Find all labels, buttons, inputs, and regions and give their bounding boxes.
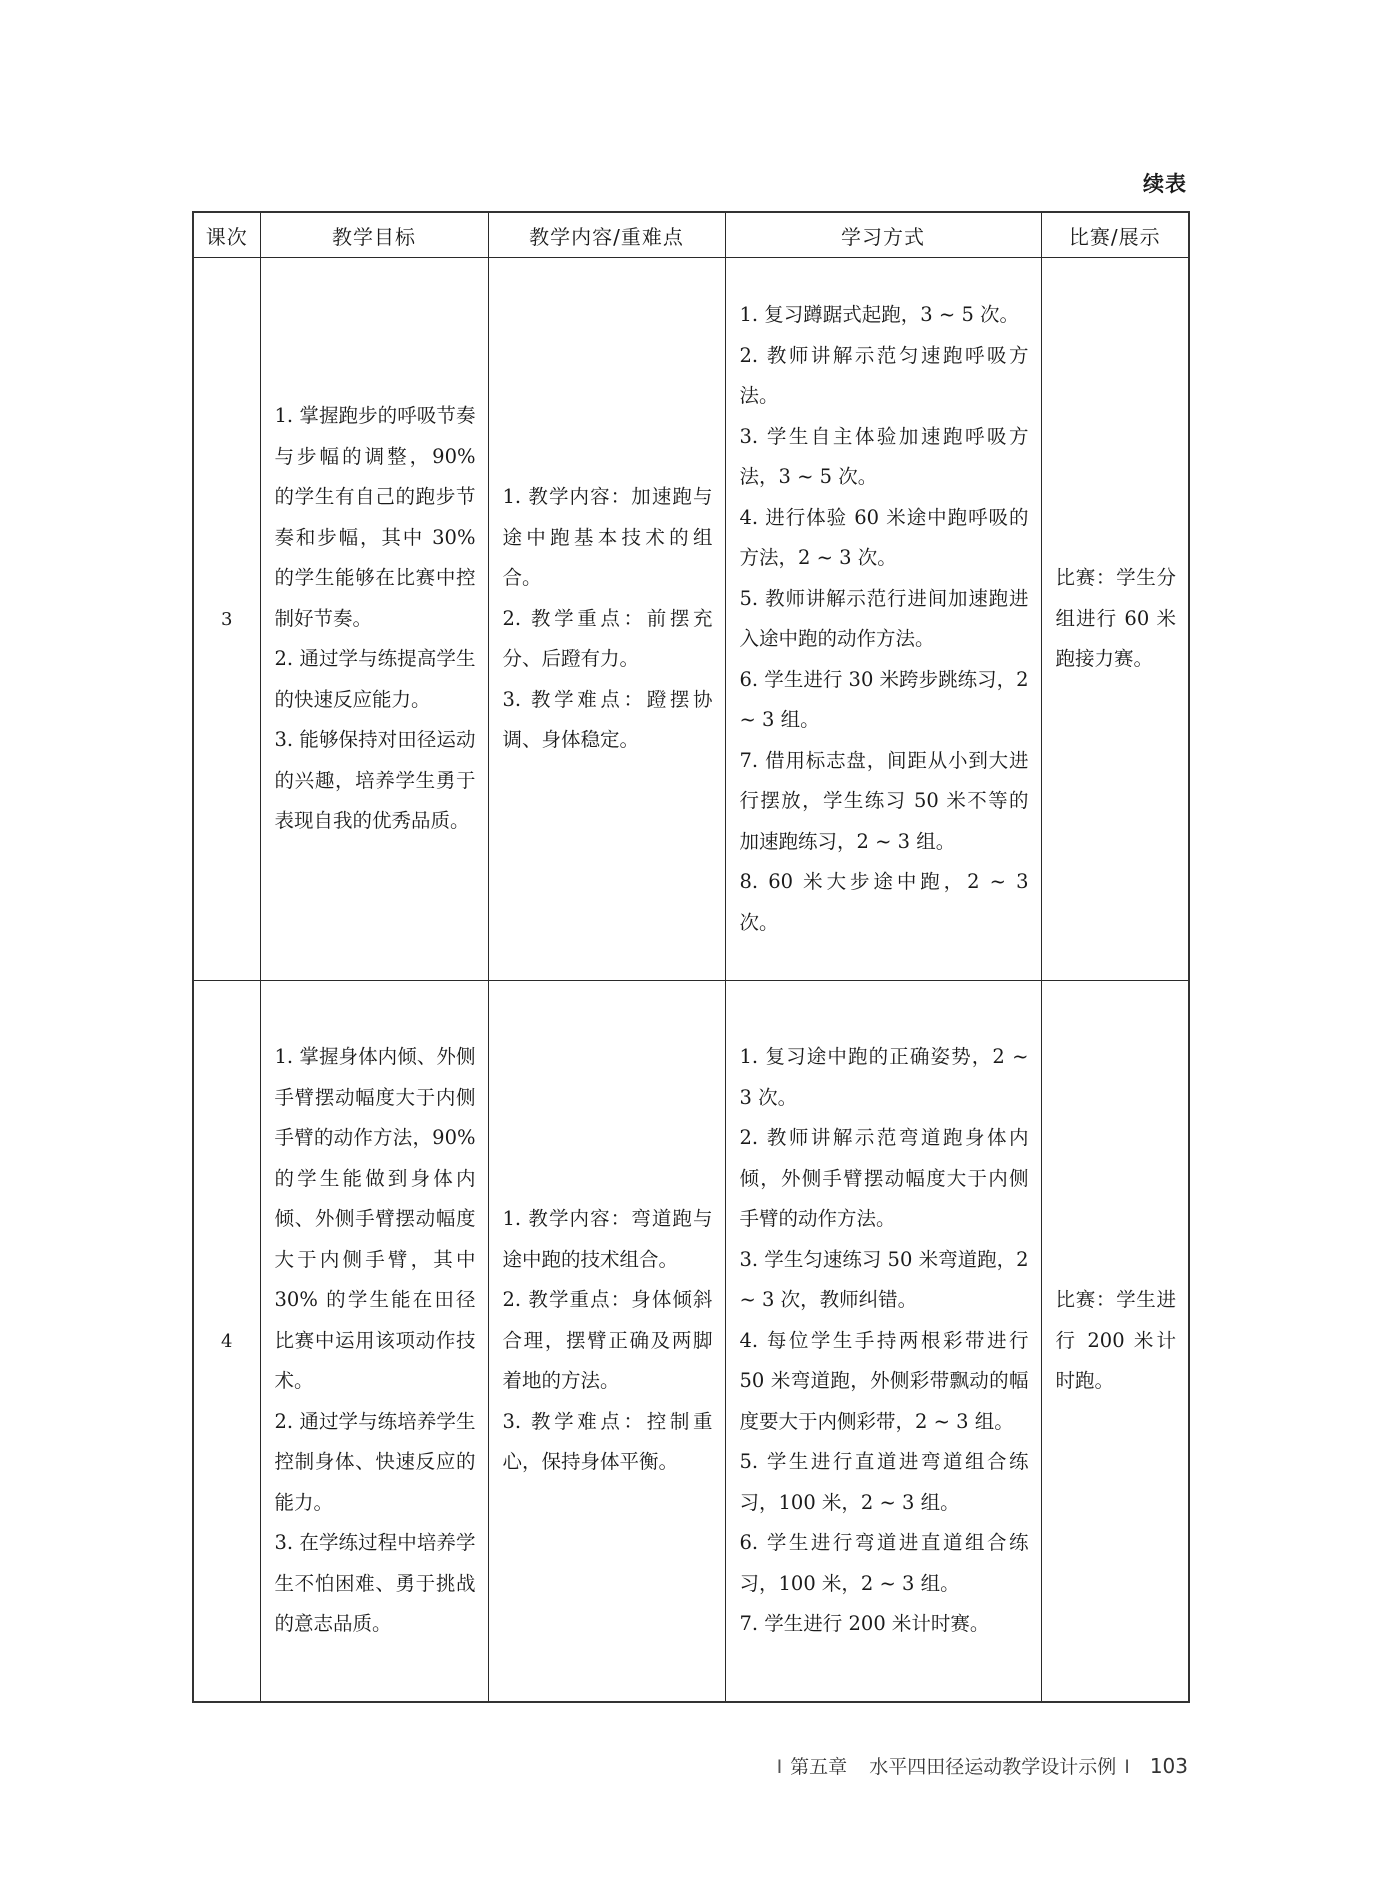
content-item: 3. 教学难点：控制重心，保持身体平衡。 bbox=[503, 1402, 713, 1483]
header-competition: 比赛/展示 bbox=[1041, 212, 1189, 258]
lesson-number: 3 bbox=[193, 258, 260, 981]
methods-cell: 1. 复习途中跑的正确姿势，2 ~ 3 次。 2. 教师讲解示范弯道跑身体内倾，… bbox=[725, 981, 1041, 1703]
method-item: 8. 60 米大步途中跑，2 ~ 3 次。 bbox=[740, 862, 1029, 943]
content-item: 2. 教学重点：身体倾斜合理，摆臂正确及两脚着地的方法。 bbox=[503, 1280, 713, 1402]
competition-cell: 比赛：学生进行 200 米计时跑。 bbox=[1041, 981, 1189, 1703]
objectives-cell: 1. 掌握身体内倾、外侧手臂摆动幅度大于内侧手臂的动作方法，90% 的学生能做到… bbox=[260, 981, 488, 1703]
footer-separator: I bbox=[777, 1756, 783, 1778]
method-item: 4. 进行体验 60 米途中跑呼吸的方法，2 ~ 3 次。 bbox=[740, 498, 1029, 579]
objective-item: 1. 掌握身体内倾、外侧手臂摆动幅度大于内侧手臂的动作方法，90% 的学生能做到… bbox=[275, 1037, 476, 1402]
method-item: 1. 复习蹲踞式起跑，3 ~ 5 次。 bbox=[740, 295, 1029, 336]
page-footer: I第五章水平四田径运动教学设计示例I103 bbox=[720, 1752, 1188, 1779]
lesson-number: 4 bbox=[193, 981, 260, 1703]
header-methods: 学习方式 bbox=[725, 212, 1041, 258]
page-number: 103 bbox=[1150, 1754, 1188, 1778]
content-item: 1. 教学内容：加速跑与途中跑基本技术的组合。 bbox=[503, 477, 713, 599]
objective-item: 3. 在学练过程中培养学生不怕困难、勇于挑战的意志品质。 bbox=[275, 1523, 476, 1645]
content-item: 1. 教学内容：弯道跑与途中跑的技术组合。 bbox=[503, 1199, 713, 1280]
method-item: 4. 每位学生手持两根彩带进行 50 米弯道跑，外侧彩带飘动的幅度要大于内侧彩带… bbox=[740, 1321, 1029, 1443]
continued-table-label: 续表 bbox=[1143, 168, 1187, 198]
objective-item: 3. 能够保持对田径运动的兴趣，培养学生勇于表现自我的优秀品质。 bbox=[275, 720, 476, 842]
methods-cell: 1. 复习蹲踞式起跑，3 ~ 5 次。 2. 教师讲解示范匀速跑呼吸方法。 3.… bbox=[725, 258, 1041, 981]
footer-chapter: 第五章 bbox=[790, 1756, 847, 1778]
competition-cell: 比赛：学生分组进行 60 米跑接力赛。 bbox=[1041, 258, 1189, 981]
content-item: 2. 教学重点：前摆充分、后蹬有力。 bbox=[503, 599, 713, 680]
header-content: 教学内容/重难点 bbox=[488, 212, 725, 258]
table-row: 4 1. 掌握身体内倾、外侧手臂摆动幅度大于内侧手臂的动作方法，90% 的学生能… bbox=[193, 981, 1189, 1703]
content-item: 3. 教学难点：蹬摆协调、身体稳定。 bbox=[503, 680, 713, 761]
objective-item: 2. 通过学与练提高学生的快速反应能力。 bbox=[275, 639, 476, 720]
objectives-cell: 1. 掌握跑步的呼吸节奏与步幅的调整，90% 的学生有自己的跑步节奏和步幅，其中… bbox=[260, 258, 488, 981]
content-cell: 1. 教学内容：加速跑与途中跑基本技术的组合。 2. 教学重点：前摆充分、后蹬有… bbox=[488, 258, 725, 981]
objective-item: 2. 通过学与练培养学生控制身体、快速反应的能力。 bbox=[275, 1402, 476, 1524]
header-lesson: 课次 bbox=[193, 212, 260, 258]
method-item: 2. 教师讲解示范弯道跑身体内倾，外侧手臂摆动幅度大于内侧手臂的动作方法。 bbox=[740, 1118, 1029, 1240]
method-item: 3. 学生匀速练习 50 米弯道跑，2 ~ 3 次，教师纠错。 bbox=[740, 1240, 1029, 1321]
table-header-row: 课次 教学目标 教学内容/重难点 学习方式 比赛/展示 bbox=[193, 212, 1189, 258]
method-item: 5. 学生进行直道进弯道组合练习，100 米，2 ~ 3 组。 bbox=[740, 1442, 1029, 1523]
footer-separator: I bbox=[1124, 1756, 1130, 1778]
lesson-plan-table: 课次 教学目标 教学内容/重难点 学习方式 比赛/展示 3 1. 掌握跑步的呼吸… bbox=[192, 211, 1190, 1703]
content-cell: 1. 教学内容：弯道跑与途中跑的技术组合。 2. 教学重点：身体倾斜合理，摆臂正… bbox=[488, 981, 725, 1703]
method-item: 3. 学生自主体验加速跑呼吸方法，3 ~ 5 次。 bbox=[740, 417, 1029, 498]
method-item: 7. 学生进行 200 米计时赛。 bbox=[740, 1604, 1029, 1645]
method-item: 6. 学生进行 30 米跨步跳练习，2 ~ 3 组。 bbox=[740, 660, 1029, 741]
method-item: 5. 教师讲解示范行进间加速跑进入途中跑的动作方法。 bbox=[740, 579, 1029, 660]
method-item: 7. 借用标志盘，间距从小到大进行摆放，学生练习 50 米不等的加速跑练习，2 … bbox=[740, 741, 1029, 863]
objective-item: 1. 掌握跑步的呼吸节奏与步幅的调整，90% 的学生有自己的跑步节奏和步幅，其中… bbox=[275, 396, 476, 639]
table-row: 3 1. 掌握跑步的呼吸节奏与步幅的调整，90% 的学生有自己的跑步节奏和步幅，… bbox=[193, 258, 1189, 981]
method-item: 6. 学生进行弯道进直道组合练习，100 米，2 ~ 3 组。 bbox=[740, 1523, 1029, 1604]
header-objectives: 教学目标 bbox=[260, 212, 488, 258]
method-item: 1. 复习途中跑的正确姿势，2 ~ 3 次。 bbox=[740, 1037, 1029, 1118]
method-item: 2. 教师讲解示范匀速跑呼吸方法。 bbox=[740, 336, 1029, 417]
footer-title: 水平四田径运动教学设计示例 bbox=[869, 1756, 1116, 1778]
